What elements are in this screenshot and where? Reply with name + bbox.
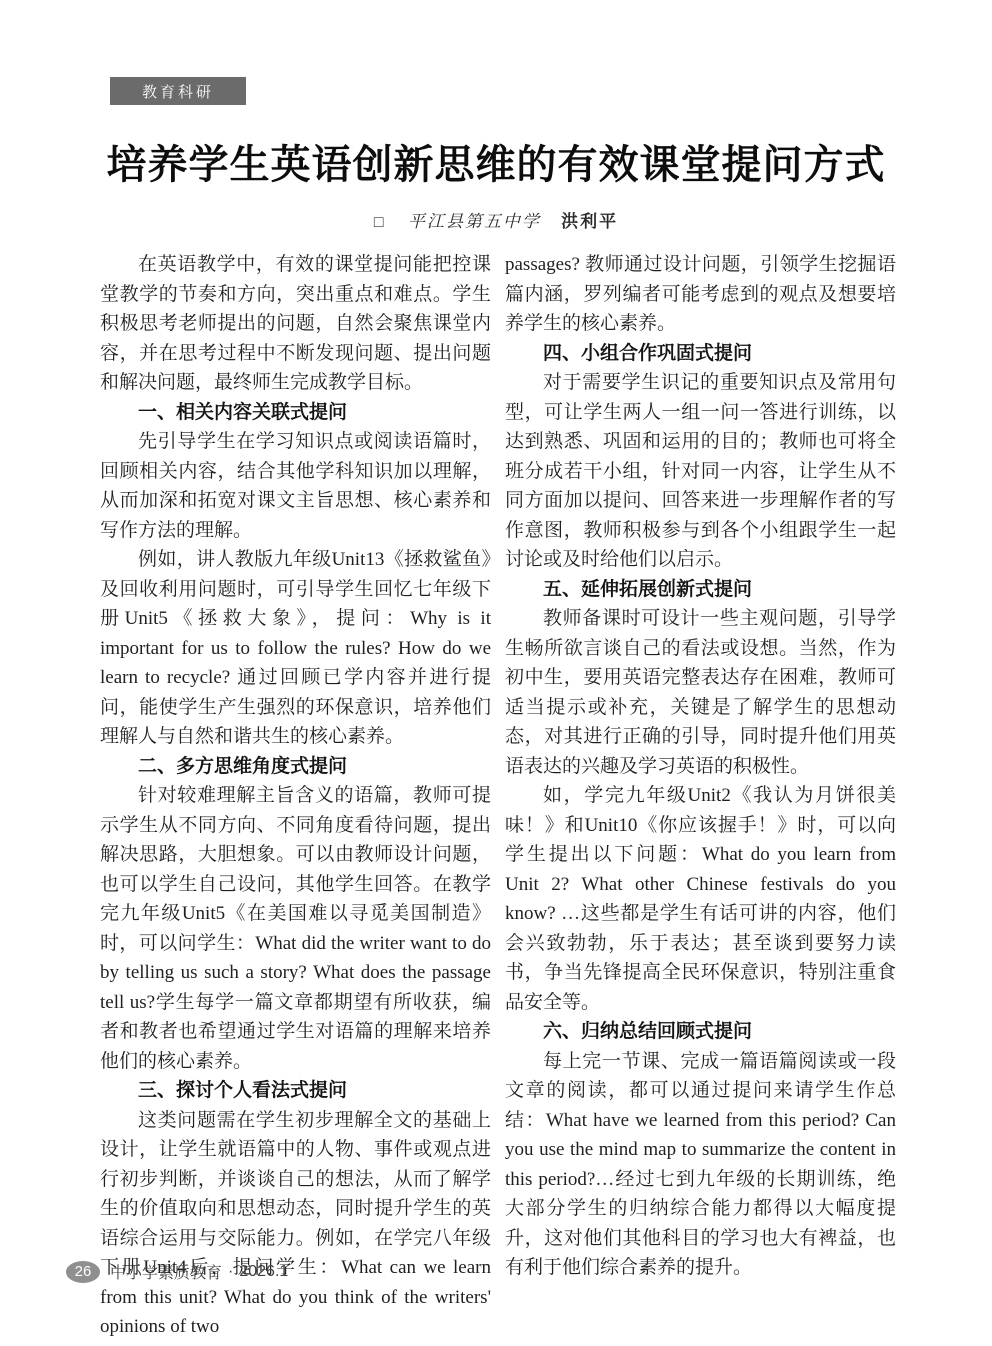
section-1-paragraph-2: 例如，讲人教版九年级Unit13《拯救鲨鱼》及回收利用问题时，可引导学生回忆七年…	[100, 545, 491, 752]
page-footer: 26 中小学素质教育 · 2026.1	[66, 1260, 288, 1283]
section-3-paragraph-1-continued: passages? 教师通过设计问题，引领学生挖掘语篇内涵，罗列编者可能考虑到的…	[505, 250, 896, 339]
section-3-paragraph-1: 这类问题需在学生初步理解全文的基础上设计，让学生就语篇中的人物、事件或观点进行初…	[100, 1106, 491, 1342]
section-2-paragraph-1: 针对较难理解主旨含义的语篇，教师可提示学生从不同方向、不同角度看待问题，提出解决…	[100, 781, 491, 1076]
author-affiliation: 平江县第五中学	[408, 212, 541, 231]
author-name: 洪利平	[561, 212, 618, 231]
section-heading-2: 二、多方思维角度式提问	[100, 752, 491, 782]
article-body: 在英语教学中，有效的课堂提问能把控课堂教学的节奏和方向，突出重点和难点。学生积极…	[100, 250, 896, 1342]
section-5-paragraph-2: 如，学完九年级Unit2《我认为月饼很美味！》和Unit10《你应该握手！》时，…	[505, 781, 896, 1017]
category-badge: 教育科研	[110, 77, 246, 105]
issue-number: 2026.1	[239, 1263, 288, 1281]
section-heading-3: 三、探讨个人看法式提问	[100, 1076, 491, 1106]
article-title: 培养学生英语创新思维的有效课堂提问方式	[0, 133, 992, 190]
footer-separator: ·	[228, 1263, 233, 1281]
section-heading-1: 一、相关内容关联式提问	[100, 398, 491, 428]
journal-page: 教育科研 培养学生英语创新思维的有效课堂提问方式 □ 平江县第五中学 洪利平 在…	[0, 0, 992, 1346]
category-badge-label: 教育科研	[142, 81, 214, 102]
journal-name: 中小学素质教育	[110, 1260, 222, 1283]
page-number-badge: 26	[66, 1261, 100, 1283]
right-column: passages? 教师通过设计问题，引领学生挖掘语篇内涵，罗列编者可能考虑到的…	[505, 250, 896, 1342]
section-heading-4: 四、小组合作巩固式提问	[505, 339, 896, 369]
intro-paragraph: 在英语教学中，有效的课堂提问能把控课堂教学的节奏和方向，突出重点和难点。学生积极…	[100, 250, 491, 398]
section-1-paragraph-1: 先引导学生在学习知识点或阅读语篇时，回顾相关内容，结合其他学科知识加以理解，从而…	[100, 427, 491, 545]
section-4-paragraph-1: 对于需要学生识记的重要知识点及常用句型，可让学生两人一组一问一答进行训练，以达到…	[505, 368, 896, 575]
section-heading-6: 六、归纳总结回顾式提问	[505, 1017, 896, 1047]
left-column: 在英语教学中，有效的课堂提问能把控课堂教学的节奏和方向，突出重点和难点。学生积极…	[100, 250, 491, 1342]
author-line: □ 平江县第五中学 洪利平	[0, 207, 992, 232]
section-6-paragraph-1: 每上完一节课、完成一篇语篇阅读或一段文章的阅读，都可以通过提问来请学生作总结：W…	[505, 1047, 896, 1283]
section-heading-5: 五、延伸拓展创新式提问	[505, 575, 896, 605]
section-5-paragraph-1: 教师备课时可设计一些主观问题，引导学生畅所欲言谈自己的看法或设想。当然，作为初中…	[505, 604, 896, 781]
square-marker-icon: □	[374, 214, 384, 232]
